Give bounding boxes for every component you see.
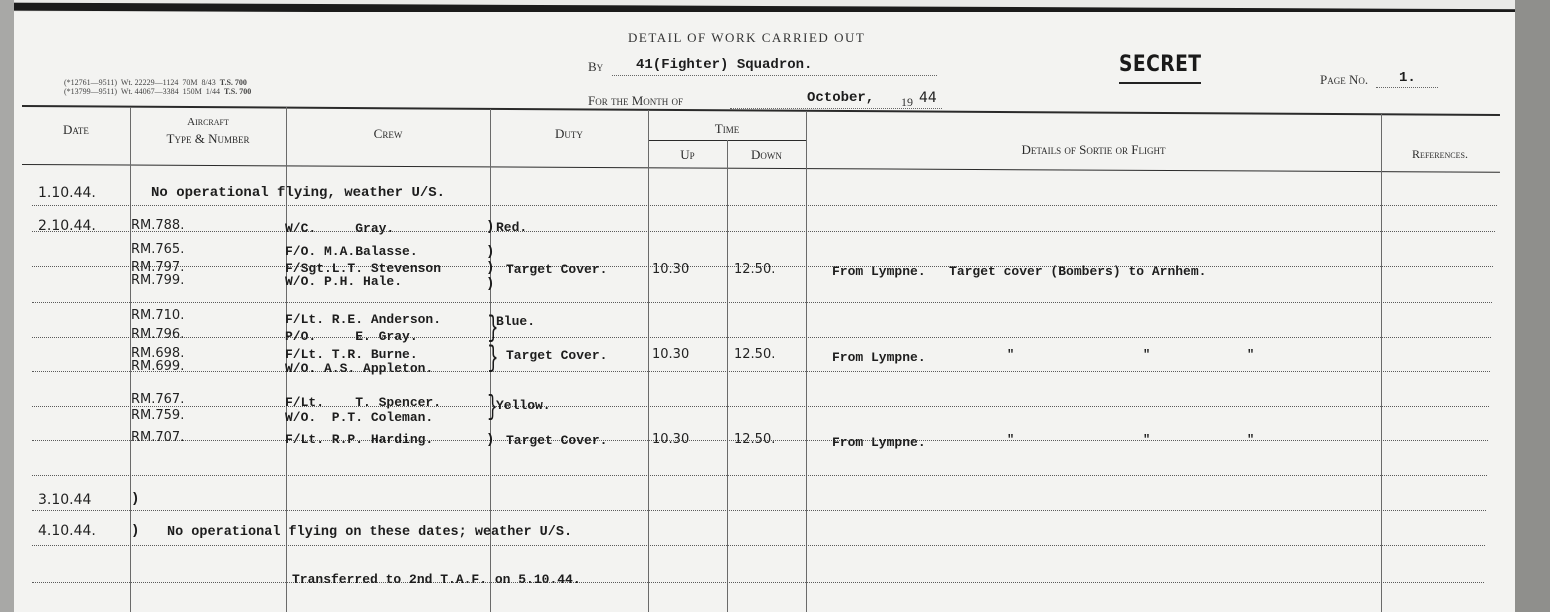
crew-member: F/Lt. R.P. Harding. xyxy=(285,432,433,447)
time-up: 10.30 xyxy=(652,347,689,362)
col-divider-down xyxy=(806,111,807,612)
binding-edge xyxy=(0,0,1550,12)
time-down: 12.50. xyxy=(734,262,775,277)
row-line xyxy=(32,545,1485,546)
header-duty: Duty xyxy=(490,126,648,142)
header-time: Time xyxy=(648,121,806,137)
time-down: 12.50. xyxy=(734,432,775,447)
crew-member: F/O. M.A.Balasse. xyxy=(285,244,418,259)
form-title: DETAIL OF WORK CARRIED OUT xyxy=(628,30,865,46)
bracket-icon: ) xyxy=(131,491,139,507)
ditto-mark: " xyxy=(1247,348,1254,362)
section-name: Blue. xyxy=(496,314,535,329)
classification-stamp: SECRET xyxy=(1119,52,1201,77)
table-header-bottom-rule xyxy=(22,164,1500,173)
crew-member: F/Lt. R.E. Anderson. xyxy=(285,312,441,327)
row-line xyxy=(32,231,1495,232)
print-date: 1/44 xyxy=(206,87,220,96)
entry-date: 1.10.44. xyxy=(38,185,96,201)
sortie-details: From Lympne. Target cover (Bombers) to A… xyxy=(832,264,1206,279)
header-details: Details of Sortie or Flight xyxy=(806,142,1381,158)
entry-date: 4.10.44. xyxy=(38,523,96,539)
bracket-icon: ) xyxy=(486,432,494,448)
bracket-icon: ) xyxy=(486,260,494,276)
header-crew: Crew xyxy=(286,126,490,142)
print-qty: 70M xyxy=(182,78,197,87)
header-references: References. xyxy=(1381,147,1499,162)
print-ref: (*13799—9511) xyxy=(64,87,117,96)
month-label: For the Month of xyxy=(588,93,683,109)
ditto-mark: " xyxy=(1247,433,1254,447)
sortie-details: From Lympne. xyxy=(832,435,926,450)
entry-date: 3.10.44 xyxy=(38,492,91,508)
row-line xyxy=(32,510,1486,511)
col-divider-up xyxy=(727,140,728,612)
aircraft-number: RM.796. xyxy=(131,327,184,342)
bracket-icon: ) xyxy=(486,276,494,292)
row-line xyxy=(32,406,1489,407)
row-line xyxy=(32,371,1490,372)
time-down: 12.50. xyxy=(734,347,775,362)
header-aircraft-line2: Type & Number xyxy=(130,131,286,147)
section-name: Yellow. xyxy=(496,398,551,413)
classification-underline xyxy=(1119,82,1201,84)
aircraft-number: RM.710. xyxy=(131,308,184,323)
bracket-icon: ) xyxy=(486,219,494,235)
entry-date: 2.10.44. xyxy=(38,218,96,234)
aircraft-number: RM.759. xyxy=(131,408,184,423)
crew-member: F/Lt. T.R. Burne. xyxy=(285,347,418,362)
ditto-mark: " xyxy=(1143,433,1150,447)
print-ts: T.S. 700 xyxy=(220,78,247,87)
crew-member: W/O. A.S. Appleton. xyxy=(285,361,433,376)
print-ts: T.S. 700 xyxy=(224,87,251,96)
ditto-mark: " xyxy=(1007,433,1014,447)
duty: Target Cover. xyxy=(506,262,607,277)
print-wt: Wt. 22229—1124 xyxy=(121,78,178,87)
row-line xyxy=(32,205,1497,206)
aircraft-number: RM.799. xyxy=(131,273,184,288)
by-label: By xyxy=(588,59,603,75)
time-up: 10.30 xyxy=(652,262,689,277)
crew-member: F/Lt. T. Spencer. xyxy=(285,395,441,410)
left-margin xyxy=(0,0,14,612)
print-code-1: (*12761—9511) Wt. 22229—1124 70M 8/43 T.… xyxy=(64,78,247,87)
print-code-2: (*13799—9511) Wt. 44067—3384 150M 1/44 T… xyxy=(64,87,251,96)
table-top-rule xyxy=(22,105,1500,116)
squadron-name: 41(Fighter) Squadron. xyxy=(636,57,812,73)
header-up: Up xyxy=(648,147,727,163)
month-value: October, xyxy=(807,90,874,106)
duty: Target Cover. xyxy=(506,348,607,363)
header-date: Date xyxy=(22,122,130,138)
print-wt: Wt. 44067—3384 xyxy=(121,87,179,96)
entry-note: No operational flying, weather U/S. xyxy=(151,185,445,201)
row-line xyxy=(32,582,1484,583)
page-label: Page No. xyxy=(1320,72,1368,88)
year-prefix: 19 xyxy=(901,95,913,110)
by-dotted-line xyxy=(612,75,937,76)
aircraft-number: RM.707. xyxy=(131,430,184,445)
crew-member: W/O. P.T. Coleman. xyxy=(285,410,433,425)
print-date: 8/43 xyxy=(202,78,216,87)
sortie-details: From Lympne. xyxy=(832,350,926,365)
header-aircraft-line1: Aircraft xyxy=(130,116,286,128)
row-line xyxy=(32,302,1492,303)
crew-member: P/O. E. Gray. xyxy=(285,329,418,344)
time-up: 10.30 xyxy=(652,432,689,447)
bracket-icon: ) xyxy=(131,523,139,539)
row-line xyxy=(32,475,1487,476)
entry-note: No operational flying on these dates; we… xyxy=(167,525,572,540)
brace-icon: } xyxy=(488,342,499,376)
aircraft-number: RM.788. xyxy=(131,218,184,233)
operations-record-page: (*12761—9511) Wt. 22229—1124 70M 8/43 T.… xyxy=(14,12,1515,612)
page-dotted-line xyxy=(1376,87,1438,88)
print-ref: (*12761—9511) xyxy=(64,78,117,87)
crew-member: W/C. Gray. xyxy=(285,221,394,236)
col-divider-details xyxy=(1381,114,1382,612)
page-number: 1. xyxy=(1399,70,1416,86)
page-edge-background xyxy=(1515,0,1550,612)
aircraft-number: RM.765. xyxy=(131,242,184,257)
ditto-mark: " xyxy=(1007,348,1014,362)
ditto-mark: " xyxy=(1143,348,1150,362)
aircraft-number: RM.699. xyxy=(131,359,184,374)
section-name: Red. xyxy=(496,220,527,235)
year-value: 44 xyxy=(919,90,937,106)
transfer-note: Transferred to 2nd T.A.F. on 5.10.44. xyxy=(292,572,581,587)
print-qty: 150M xyxy=(183,87,202,96)
header-down: Down xyxy=(727,147,806,163)
duty: Target Cover. xyxy=(506,433,607,448)
aircraft-number: RM.767. xyxy=(131,392,184,407)
col-divider-duty xyxy=(648,110,649,612)
crew-member: W/O. P.H. Hale. xyxy=(285,274,402,289)
row-line xyxy=(32,337,1491,338)
bracket-icon: ) xyxy=(486,244,494,260)
